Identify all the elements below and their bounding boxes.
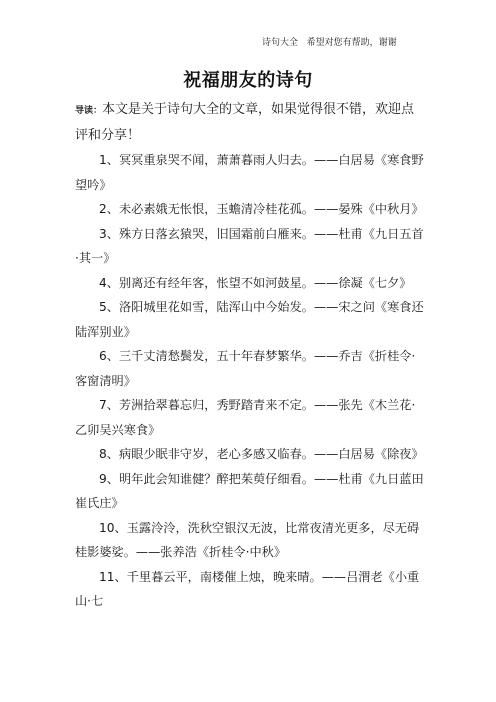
poem-line-5: 5、洛阳城里花如雪，陆浑山中今始发。——宋之问《寒食还陆浑别业》 [75,295,427,344]
poem-line-9: 9、明年此会知谁健？醉把茱萸仔细看。——杜甫《九日蓝田崔氏庄》 [75,467,427,516]
poem-line-7: 7、芳洲拾翠暮忘归，秀野踏青来不定。——张先《木兰花·乙卯吴兴寒食》 [75,393,427,442]
poem-line-6: 6、三千丈清愁鬓发，五十年春梦繁华。——乔吉《折桂令·客窗清明》 [75,344,427,393]
poem-line-3: 3、殊方日落玄猿哭，旧国霜前白雁来。——杜甫《九日五首·其一》 [75,222,427,271]
page-header: 诗句大全 希望对您有帮助，谢谢 [262,35,397,48]
intro-paragraph: 导读：本文是关于诗句大全的文章，如果觉得很不错，欢迎点评和分享！ [75,98,427,148]
poem-line-8: 8、病眼少眠非守岁，老心多感又临春。——白居易《除夜》 [75,442,427,467]
page-title: 祝福朋友的诗句 [0,66,496,92]
poem-line-10: 10、玉露泠泠，洗秋空银汉无波，比常夜清光更多，尽无碍桂影婆娑。——张养浩《折桂… [75,516,427,565]
poem-line-2: 2、未必素娥无怅恨，玉蟾清冷桂花孤。——晏殊《中秋月》 [75,197,427,222]
poem-line-11: 11、千里暮云平，南楼催上烛，晚来晴。——吕渭老《小重山·七 [75,565,427,614]
document-body: 导读：本文是关于诗句大全的文章，如果觉得很不错，欢迎点评和分享！ 1、冥冥重泉哭… [75,98,427,614]
intro-label: 导读： [75,106,102,116]
intro-text: 本文是关于诗句大全的文章，如果觉得很不错，欢迎点评和分享！ [75,102,414,143]
poem-line-1: 1、冥冥重泉哭不闻，萧萧暮雨人归去。——白居易《寒食野望吟》 [75,148,427,197]
poem-line-4: 4、别离还有经年客，怅望不如河鼓星。——徐凝《七夕》 [75,271,427,296]
